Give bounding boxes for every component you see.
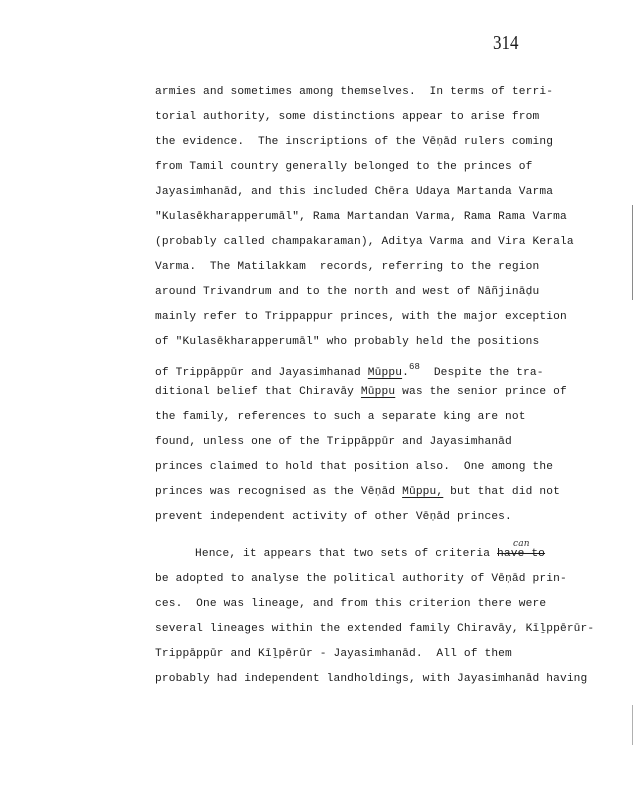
text-line: the family, references to such a separat…: [155, 405, 605, 430]
text-line: ditional belief that Chiravāy Mūppu was …: [155, 380, 605, 405]
text-line: prevent independent activity of other Vē…: [155, 505, 605, 530]
text-line: (probably called champakaraman), Aditya …: [155, 230, 605, 255]
text-line: around Trivandrum and to the north and w…: [155, 280, 605, 305]
text-line: mainly refer to Trippappur princes, with…: [155, 305, 605, 330]
text-line: Jayasimhanād, and this included Chēra Ud…: [155, 180, 605, 205]
text-line: from Tamil country generally belonged to…: [155, 155, 605, 180]
text-line: torial authority, some distinctions appe…: [155, 105, 605, 130]
handwritten-insertion: can: [513, 540, 530, 549]
text-line-para2-start: Hence, it appears that two sets of crite…: [155, 542, 605, 567]
text-line: probably had independent landholdings, w…: [155, 667, 605, 692]
text-line: Trippāppūr and Kīḻpērūr - Jayasimhanād. …: [155, 642, 605, 667]
footnote-marker[interactable]: 68: [409, 362, 420, 372]
scan-margin-line: [632, 205, 633, 300]
text-line: ces. One was lineage, and from this crit…: [155, 592, 605, 617]
underlined-term: Mūppu: [368, 367, 402, 379]
struck-text: have to: [497, 548, 545, 560]
text-line: several lineages within the extended fam…: [155, 617, 605, 642]
underlined-term: Mūppu: [361, 386, 395, 398]
text-line: princes was recognised as the Vēṇād Mūpp…: [155, 480, 605, 505]
text-line: of "Kulasēkharapperumāl" who probably he…: [155, 330, 605, 355]
page-number: 314: [493, 32, 519, 55]
body-text: armies and sometimes among themselves. I…: [155, 80, 605, 692]
text-line: be adopted to analyse the political auth…: [155, 567, 605, 592]
text-line: princes claimed to hold that position al…: [155, 455, 605, 480]
text-line: the evidence. The inscriptions of the Vē…: [155, 130, 605, 155]
text-line-footnote: of Trippāppūr and Jayasimhanad Mūppu.68 …: [155, 355, 605, 380]
text-line: "Kulasēkharapperumāl", Rama Martandan Va…: [155, 205, 605, 230]
document-page: 314 armies and sometimes among themselve…: [0, 0, 636, 800]
text-line: Varma. The Matilakkam records, referring…: [155, 255, 605, 280]
underlined-term: Mūppu,: [402, 486, 443, 498]
scan-margin-line: [632, 705, 633, 745]
text-line: found, unless one of the Trippāppūr and …: [155, 430, 605, 455]
text-line: armies and sometimes among themselves. I…: [155, 80, 605, 105]
